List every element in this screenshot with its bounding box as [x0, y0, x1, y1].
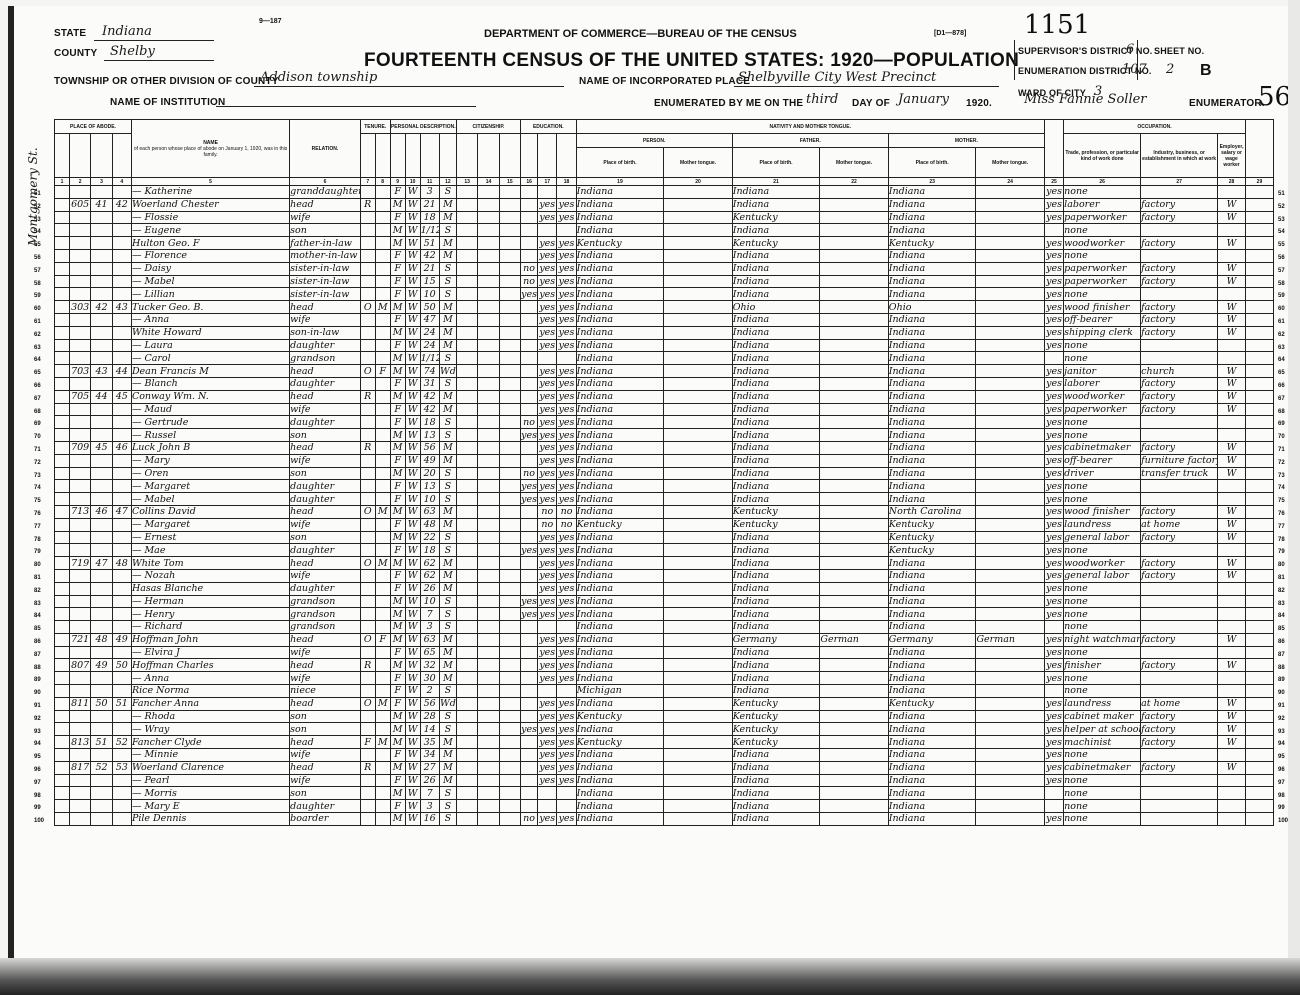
column-number: 29	[1245, 178, 1273, 186]
can-write: no	[557, 518, 576, 531]
age: 14	[420, 723, 439, 736]
mortgage: M	[375, 736, 390, 749]
attended-school	[521, 390, 538, 403]
birthplace: Indiana	[576, 403, 664, 416]
father-tongue	[820, 582, 888, 595]
table-row: — NozahwifeFW62MyesyesIndianaIndianaIndi…	[55, 569, 1274, 582]
farm-schedule	[1245, 313, 1273, 326]
immigration-year	[456, 774, 477, 787]
line-number: 74	[34, 485, 41, 491]
relation: head	[290, 198, 361, 211]
naturalized	[478, 569, 499, 582]
father-tongue	[820, 186, 888, 199]
mortgage	[375, 249, 390, 262]
mother-birthplace: Indiana	[888, 659, 976, 672]
can-write: yes	[557, 326, 576, 339]
line-number: 68	[34, 409, 41, 415]
can-write: yes	[557, 288, 576, 301]
header-dwelling	[91, 134, 112, 178]
occupation-industry	[1141, 646, 1218, 659]
marital-status: S	[439, 493, 456, 506]
mother-birthplace: Kentucky	[888, 697, 976, 710]
farm-schedule	[1245, 301, 1273, 314]
owned-rented	[360, 787, 375, 800]
naturalized	[478, 301, 499, 314]
column-number: 11	[420, 178, 439, 186]
line-number: 75	[34, 498, 41, 504]
speaks-english: yes	[1044, 582, 1063, 595]
person-name: Luck John B	[131, 441, 289, 454]
mortgage	[375, 595, 390, 608]
sex: M	[390, 352, 405, 365]
naturalized	[478, 275, 499, 288]
can-write: yes	[557, 301, 576, 314]
census-title: FOURTEENTH CENSUS OF THE UNITED STATES: …	[364, 50, 1019, 72]
house-number	[69, 710, 90, 723]
speaks-english: yes	[1044, 339, 1063, 352]
naturalization-year	[499, 288, 520, 301]
sex: F	[390, 493, 405, 506]
column-number: 8	[375, 178, 390, 186]
line-number-right: 74	[1278, 485, 1285, 491]
birthplace: Indiana	[576, 390, 664, 403]
speaks-english	[1044, 621, 1063, 634]
family-number	[112, 608, 131, 621]
mother-birthplace: Indiana	[888, 774, 976, 787]
farm-schedule	[1245, 659, 1273, 672]
table-row: — RichardgrandsonMW3SIndianaIndianaIndia…	[55, 621, 1274, 634]
can-write: yes	[557, 211, 576, 224]
mother-tongue	[664, 697, 732, 710]
can-read	[538, 186, 557, 199]
mother-tongue	[664, 352, 732, 365]
mother-tongue-mother	[976, 505, 1045, 518]
line-number-right: 52	[1278, 204, 1285, 210]
mother-tongue	[664, 774, 732, 787]
naturalization-year	[499, 787, 520, 800]
father-tongue	[820, 646, 888, 659]
header-trade: Trade, profession, or particular kind of…	[1064, 134, 1141, 178]
marital-status: S	[439, 480, 456, 493]
naturalized	[478, 608, 499, 621]
person-name: Fancher Clyde	[131, 736, 289, 749]
age: 26	[420, 774, 439, 787]
column-number: 16	[521, 178, 538, 186]
speaks-english: yes	[1044, 467, 1063, 480]
sex: M	[390, 813, 405, 826]
father-tongue	[820, 697, 888, 710]
attended-school	[521, 761, 538, 774]
mother-birthplace: Indiana	[888, 493, 976, 506]
employer-class	[1218, 429, 1246, 442]
line-number-right: 69	[1278, 421, 1285, 427]
farm-schedule	[1245, 633, 1273, 646]
family-number: 44	[112, 365, 131, 378]
header-education: EDUCATION.	[521, 120, 577, 134]
family-number	[112, 211, 131, 224]
relation: son-in-law	[290, 326, 361, 339]
birthplace: Indiana	[576, 557, 664, 570]
father-tongue	[820, 480, 888, 493]
farm-schedule	[1245, 595, 1273, 608]
mother-tongue-mother	[976, 301, 1045, 314]
owned-rented	[360, 288, 375, 301]
color: W	[405, 186, 420, 199]
dwelling-number	[91, 326, 112, 339]
farm-schedule	[1245, 544, 1273, 557]
mother-birthplace: Kentucky	[888, 544, 976, 557]
mother-tongue-mother	[976, 813, 1045, 826]
employer-class: W	[1218, 697, 1246, 710]
owned-rented: R	[360, 659, 375, 672]
street	[55, 454, 70, 467]
table-row: — MinniewifeFW34MyesyesIndianaIndianaInd…	[55, 749, 1274, 762]
farm-schedule	[1245, 569, 1273, 582]
occupation-trade: none	[1064, 416, 1141, 429]
can-write: yes	[557, 633, 576, 646]
mother-tongue	[664, 736, 732, 749]
father-birthplace: Indiana	[732, 659, 820, 672]
table-row: 7134647Collins DavidheadOMMW63MnonoIndia…	[55, 505, 1274, 518]
can-read: yes	[538, 736, 557, 749]
speaks-english: yes	[1044, 454, 1063, 467]
can-write: yes	[557, 262, 576, 275]
employer-class	[1218, 608, 1246, 621]
mother-tongue	[664, 518, 732, 531]
street	[55, 736, 70, 749]
relation: sister-in-law	[290, 262, 361, 275]
immigration-year	[456, 633, 477, 646]
occupation-trade: woodworker	[1064, 237, 1141, 250]
naturalized	[478, 595, 499, 608]
ed-value: 107	[1122, 62, 1147, 77]
dwelling-number	[91, 237, 112, 250]
employer-class: W	[1218, 736, 1246, 749]
house-number	[69, 685, 90, 698]
family-number	[112, 429, 131, 442]
relation: daughter	[290, 480, 361, 493]
family-number	[112, 569, 131, 582]
immigration-year	[456, 621, 477, 634]
naturalization-year	[499, 518, 520, 531]
person-name: — Katherine	[131, 186, 289, 199]
color: W	[405, 313, 420, 326]
age: 62	[420, 569, 439, 582]
mortgage	[375, 685, 390, 698]
sex: F	[390, 569, 405, 582]
marital-status: S	[439, 531, 456, 544]
attended-school	[521, 249, 538, 262]
family-number	[112, 685, 131, 698]
occupation-industry	[1141, 621, 1218, 634]
mother-tongue-mother	[976, 429, 1045, 442]
mortgage	[375, 659, 390, 672]
mother-birthplace: Indiana	[888, 198, 976, 211]
mother-tongue-mother	[976, 467, 1045, 480]
can-read: yes	[538, 813, 557, 826]
farm-schedule	[1245, 774, 1273, 787]
father-birthplace: Indiana	[732, 365, 820, 378]
attended-school	[521, 186, 538, 199]
table-row: 3034243Tucker Geo. B.headOMMW50MyesyesIn…	[55, 301, 1274, 314]
owned-rented	[360, 313, 375, 326]
mother-birthplace: North Carolina	[888, 505, 976, 518]
father-tongue	[820, 505, 888, 518]
can-write: yes	[557, 582, 576, 595]
line-number-right: 70	[1278, 434, 1285, 440]
father-birthplace: Indiana	[732, 672, 820, 685]
house-number	[69, 480, 90, 493]
line-number: 78	[34, 537, 41, 543]
dwelling-number	[91, 186, 112, 199]
sex: M	[390, 429, 405, 442]
mother-tongue	[664, 800, 732, 813]
farm-schedule	[1245, 339, 1273, 352]
immigration-year	[456, 813, 477, 826]
person-name: — Anna	[131, 313, 289, 326]
immigration-year	[456, 505, 477, 518]
father-birthplace: Indiana	[732, 582, 820, 595]
street	[55, 262, 70, 275]
dwelling-number	[91, 416, 112, 429]
house-number	[69, 339, 90, 352]
occupation-industry	[1141, 749, 1218, 762]
father-birthplace: Kentucky	[732, 723, 820, 736]
marital-status: S	[439, 186, 456, 199]
occupation-industry	[1141, 352, 1218, 365]
can-read: yes	[538, 493, 557, 506]
birthplace: Indiana	[576, 416, 664, 429]
street	[55, 544, 70, 557]
dwelling-number	[91, 569, 112, 582]
speaks-english: yes	[1044, 275, 1063, 288]
immigration-year	[456, 595, 477, 608]
immigration-year	[456, 544, 477, 557]
mother-tongue-mother	[976, 582, 1045, 595]
attended-school	[521, 621, 538, 634]
immigration-year	[456, 313, 477, 326]
line-number-right: 89	[1278, 677, 1285, 683]
can-read: yes	[538, 275, 557, 288]
page-edge	[1288, 0, 1300, 995]
can-read: yes	[538, 749, 557, 762]
house-number: 719	[69, 557, 90, 570]
naturalized	[478, 326, 499, 339]
owned-rented	[360, 595, 375, 608]
occupation-industry	[1141, 813, 1218, 826]
header-person-tongue: Mother tongue.	[664, 148, 732, 178]
sex: M	[390, 390, 405, 403]
immigration-year	[456, 339, 477, 352]
house-number	[69, 377, 90, 390]
speaks-english: yes	[1044, 262, 1063, 275]
person-name: — Gertrude	[131, 416, 289, 429]
naturalized	[478, 723, 499, 736]
naturalized	[478, 313, 499, 326]
can-read: yes	[538, 544, 557, 557]
attended-school	[521, 774, 538, 787]
relation: son	[290, 787, 361, 800]
naturalized	[478, 365, 499, 378]
occupation-industry: at home	[1141, 697, 1218, 710]
father-tongue	[820, 621, 888, 634]
dwelling-number	[91, 544, 112, 557]
color: W	[405, 326, 420, 339]
marital-status: S	[439, 262, 456, 275]
marital-status: M	[439, 441, 456, 454]
line-number: 93	[34, 729, 41, 735]
naturalized	[478, 288, 499, 301]
relation: daughter	[290, 416, 361, 429]
table-row: — MargaretwifeFW48MnonoKentuckyKentuckyK…	[55, 518, 1274, 531]
relation: boarder	[290, 813, 361, 826]
can-write: yes	[557, 544, 576, 557]
father-birthplace: Indiana	[732, 685, 820, 698]
occupation-trade: janitor	[1064, 365, 1141, 378]
person-name: — Maud	[131, 403, 289, 416]
can-write	[557, 685, 576, 698]
attended-school: yes	[521, 595, 538, 608]
farm-schedule	[1245, 198, 1273, 211]
column-number: 26	[1064, 178, 1141, 186]
employer-class	[1218, 544, 1246, 557]
occupation-trade: none	[1064, 339, 1141, 352]
naturalized	[478, 646, 499, 659]
mother-tongue	[664, 301, 732, 314]
mother-tongue	[664, 237, 732, 250]
column-number: 17	[538, 178, 557, 186]
marital-status: S	[439, 429, 456, 442]
father-birthplace: Indiana	[732, 493, 820, 506]
header-owned	[360, 134, 375, 178]
color: W	[405, 211, 420, 224]
mother-birthplace: Indiana	[888, 646, 976, 659]
line-number: 96	[34, 767, 41, 773]
farm-schedule	[1245, 761, 1273, 774]
naturalization-year	[499, 454, 520, 467]
mortgage	[375, 493, 390, 506]
line-number-right: 62	[1278, 332, 1285, 338]
birthplace: Indiana	[576, 198, 664, 211]
owned-rented	[360, 710, 375, 723]
occupation-trade: none	[1064, 813, 1141, 826]
naturalization-year	[499, 390, 520, 403]
dwelling-number	[91, 429, 112, 442]
mother-tongue	[664, 787, 732, 800]
person-name: Hulton Geo. F	[131, 237, 289, 250]
occupation-trade: none	[1064, 646, 1141, 659]
occupation-industry: furniture factory	[1141, 454, 1218, 467]
header-house-number	[69, 134, 90, 178]
occupation-industry	[1141, 595, 1218, 608]
relation: wife	[290, 646, 361, 659]
birthplace: Indiana	[576, 595, 664, 608]
marital-status: M	[439, 774, 456, 787]
house-number	[69, 454, 90, 467]
speaks-english: yes	[1044, 672, 1063, 685]
mother-birthplace: Indiana	[888, 761, 976, 774]
birthplace: Indiana	[576, 749, 664, 762]
naturalization-year	[499, 365, 520, 378]
dwelling-number	[91, 249, 112, 262]
father-tongue	[820, 761, 888, 774]
mother-birthplace: Indiana	[888, 813, 976, 826]
mother-birthplace: Indiana	[888, 224, 976, 237]
mother-tongue	[664, 505, 732, 518]
line-number-right: 91	[1278, 703, 1285, 709]
street	[55, 633, 70, 646]
street	[55, 685, 70, 698]
header-name: NAMEof each person whose place of abode …	[131, 120, 289, 178]
mortgage: M	[375, 557, 390, 570]
occupation-industry: factory	[1141, 710, 1218, 723]
line-number-right: 83	[1278, 601, 1285, 607]
line-number-right: 54	[1278, 229, 1285, 235]
sex: M	[390, 659, 405, 672]
table-row: 7094546Luck John BheadRMW56MyesyesIndian…	[55, 441, 1274, 454]
person-name: — Lillian	[131, 288, 289, 301]
naturalized	[478, 198, 499, 211]
line-number: 91	[34, 703, 41, 709]
can-write: yes	[557, 339, 576, 352]
mother-tongue-mother	[976, 531, 1045, 544]
day-of-label: DAY OF	[852, 98, 890, 109]
color: W	[405, 416, 420, 429]
occupation-trade: none	[1064, 249, 1141, 262]
farm-schedule	[1245, 377, 1273, 390]
color: W	[405, 723, 420, 736]
occupation-industry: factory	[1141, 761, 1218, 774]
can-read: yes	[538, 646, 557, 659]
father-birthplace: Indiana	[732, 608, 820, 621]
farm-schedule	[1245, 352, 1273, 365]
speaks-english: yes	[1044, 288, 1063, 301]
birthplace: Indiana	[576, 505, 664, 518]
mortgage	[375, 186, 390, 199]
mortgage	[375, 723, 390, 736]
person-name: — Eugene	[131, 224, 289, 237]
family-number	[112, 531, 131, 544]
attended-school: no	[521, 813, 538, 826]
immigration-year	[456, 377, 477, 390]
mother-tongue	[664, 339, 732, 352]
color: W	[405, 633, 420, 646]
line-number: 76	[34, 511, 41, 517]
person-name: — Mabel	[131, 493, 289, 506]
owned-rented	[360, 429, 375, 442]
relation: son	[290, 467, 361, 480]
mother-tongue-mother	[976, 416, 1045, 429]
table-row: 8115051Fancher AnnaheadOMFW56WdyesyesInd…	[55, 697, 1274, 710]
family-number: 48	[112, 557, 131, 570]
attended-school: yes	[521, 493, 538, 506]
table-row: 7054445Conway Wm. N.headRMW42MyesyesIndi…	[55, 390, 1274, 403]
immigration-year	[456, 518, 477, 531]
mortgage	[375, 211, 390, 224]
naturalized	[478, 531, 499, 544]
family-number	[112, 595, 131, 608]
dwelling-number	[91, 710, 112, 723]
birthplace: Indiana	[576, 761, 664, 774]
naturalized	[478, 377, 499, 390]
occupation-trade: none	[1064, 288, 1141, 301]
occupation-trade: none	[1064, 480, 1141, 493]
occupation-trade: helper at school	[1064, 723, 1141, 736]
institution-label: NAME OF INSTITUTION	[110, 97, 225, 108]
can-read: yes	[538, 710, 557, 723]
owned-rented: O	[360, 697, 375, 710]
mother-birthplace: Indiana	[888, 275, 976, 288]
